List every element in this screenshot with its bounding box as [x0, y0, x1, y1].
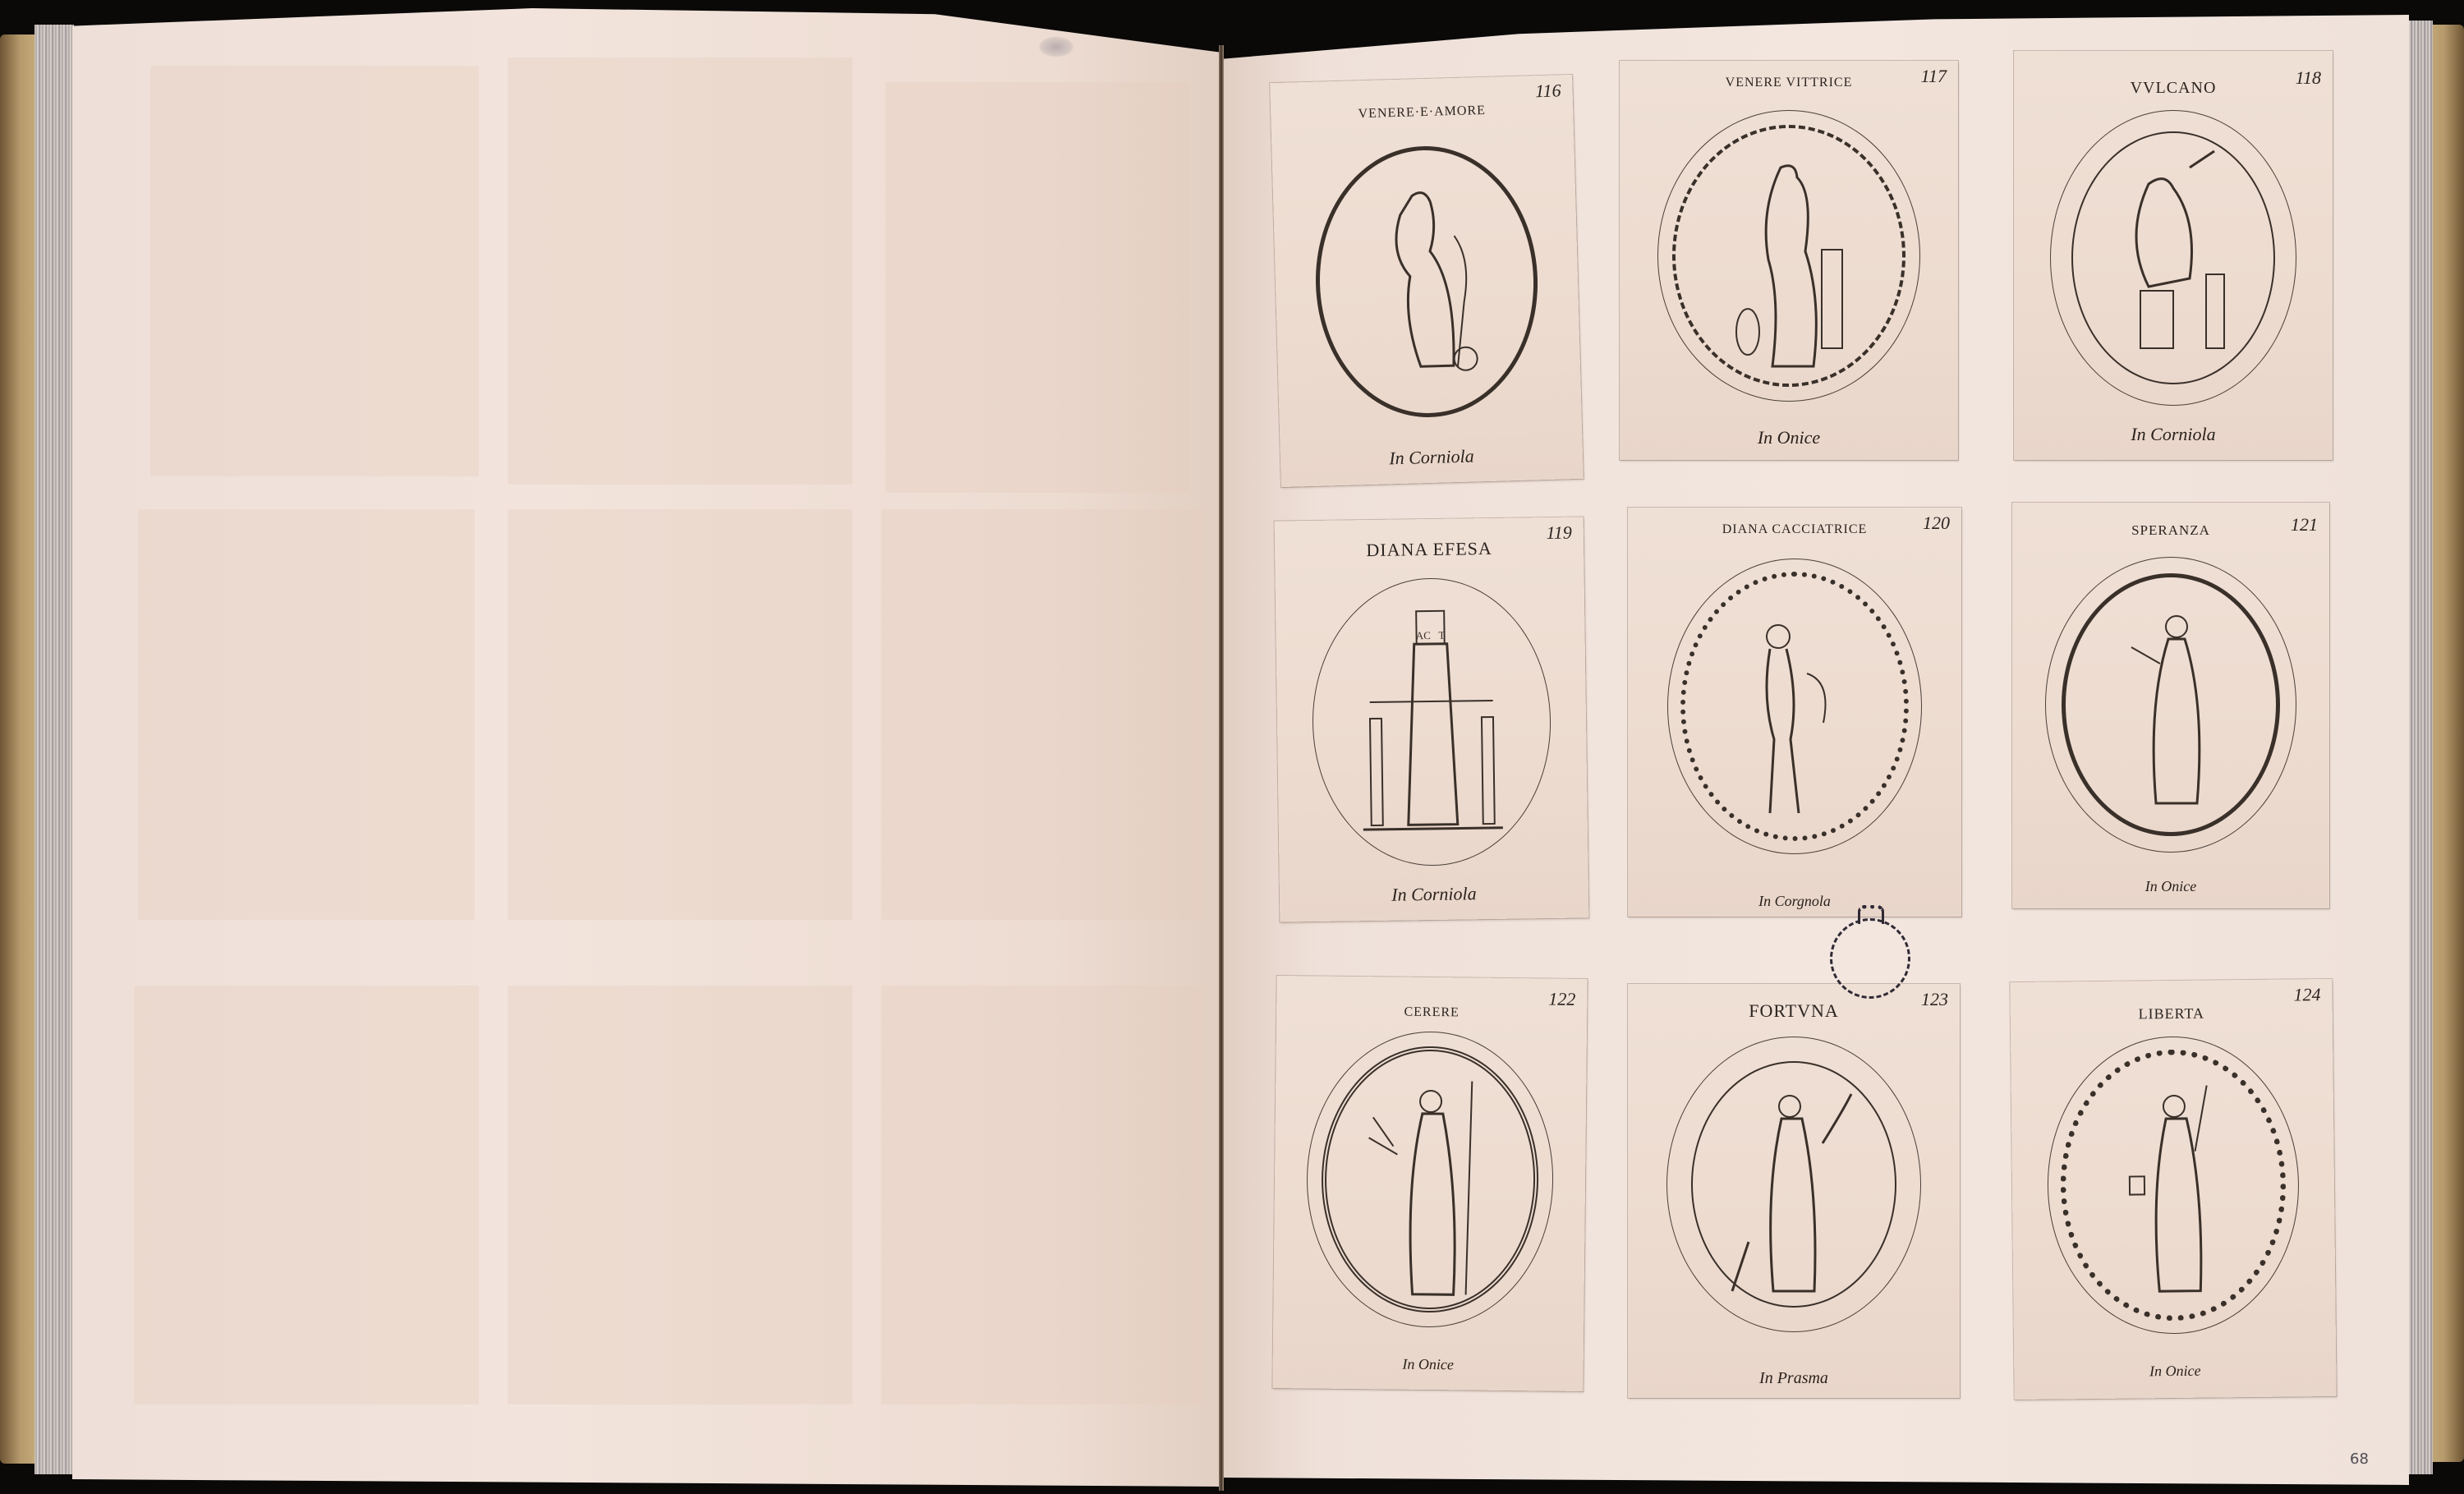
plate-title: DIANA EFESA: [1275, 536, 1584, 562]
plate-title: LIBERTA: [2011, 1004, 2333, 1024]
venus-and-cupid-figure: [1303, 135, 1542, 141]
ghost-impression: [508, 509, 853, 920]
plate-caption: In Onice: [1273, 1354, 1584, 1375]
plate-title: DIANA CACCIATRICE: [1628, 522, 1961, 537]
oval-gem-engraving: [1667, 559, 1922, 854]
liberty-figure: [2046, 1035, 2297, 1037]
left-page-blank: [72, 8, 1222, 1487]
oval-gem-engraving: [1657, 110, 1920, 402]
plate-118: VVLCANO 118 In Corniola: [2014, 51, 2333, 460]
plate-title: VENERE·E·AMORE: [1271, 101, 1573, 124]
folio-number: 68: [2350, 1450, 2369, 1468]
plate-120: DIANA CACCIATRICE 120 In Corgnola: [1628, 508, 1961, 917]
plate-116: VENERE·E·AMORE 116 In Corniola: [1270, 75, 1584, 487]
ghost-impression: [138, 509, 475, 920]
ink-smudge: [1038, 36, 1074, 57]
plate-121: SPERANZA 121 In Onice: [2012, 503, 2329, 908]
plate-caption: In Onice: [1620, 427, 1958, 448]
plate-117: VENERE VITTRICE 117 In Onice: [1620, 61, 1958, 460]
ghost-impression: [881, 986, 1202, 1404]
stamp-ring: [1830, 918, 1910, 999]
plate-title: VENERE VITTRICE: [1620, 76, 1958, 90]
plate-number: 117: [1921, 66, 1947, 87]
plate-caption: In Corniola: [2014, 424, 2333, 445]
plate-caption: In Onice: [2014, 1361, 2336, 1381]
ghost-impression: [508, 986, 853, 1404]
book-gutter: [1219, 45, 1224, 1491]
oval-gem-engraving: [1303, 135, 1550, 429]
plate-119: DIANA EFESA 119 AC T In Corniola: [1275, 517, 1589, 922]
plate-number: 123: [1921, 989, 1948, 1010]
oval-gem-engraving: [2045, 557, 2296, 853]
left-page-edges: [34, 25, 74, 1474]
plate-number: 118: [2296, 67, 2321, 89]
plate-number: 122: [1548, 989, 1575, 1010]
book-spread: VENERE·E·AMORE 116 In Corniola VENERE VI…: [0, 0, 2464, 1494]
plate-124: LIBERTA 124 In Onice: [2010, 979, 2336, 1400]
ghost-impression: [134, 986, 479, 1404]
ceres-figure: [1308, 1030, 1555, 1032]
diana-of-ephesus-figure: [1311, 577, 1549, 580]
plate-caption: In Onice: [2012, 878, 2329, 895]
plate-title: VVLCANO: [2014, 79, 2333, 98]
plate-number: 124: [2293, 984, 2320, 1005]
ghost-impression: [508, 57, 853, 485]
plate-number: 116: [1535, 80, 1561, 102]
oval-gem-engraving: [2050, 110, 2296, 406]
plate-number: 120: [1923, 513, 1950, 534]
plate-title: FORTVNA: [1628, 1000, 1960, 1022]
oval-gem-engraving: [1305, 1030, 1555, 1328]
plate-title: CERERE: [1276, 1004, 1587, 1022]
plate-caption: In Corniola: [1280, 881, 1588, 907]
plate-title: SPERANZA: [2012, 522, 2329, 539]
oval-gem-engraving: AC T: [1311, 577, 1553, 867]
ghost-impression: [150, 66, 479, 476]
ghost-impression: [885, 82, 1189, 493]
plate-caption: In Prasma: [1628, 1369, 1960, 1388]
oval-gem-engraving: [1666, 1037, 1921, 1332]
ghost-impression: [881, 509, 1202, 920]
plate-122: CERERE 122 In Onice: [1272, 976, 1587, 1391]
oval-gem-engraving: [2046, 1035, 2301, 1335]
plate-number: 121: [2291, 514, 2318, 536]
plate-caption: In Corniola: [1280, 443, 1584, 472]
plate-123: FORTVNA 123 In Prasma: [1628, 984, 1960, 1398]
plate-number: 119: [1546, 522, 1572, 544]
library-stamp: [1830, 905, 1912, 1000]
